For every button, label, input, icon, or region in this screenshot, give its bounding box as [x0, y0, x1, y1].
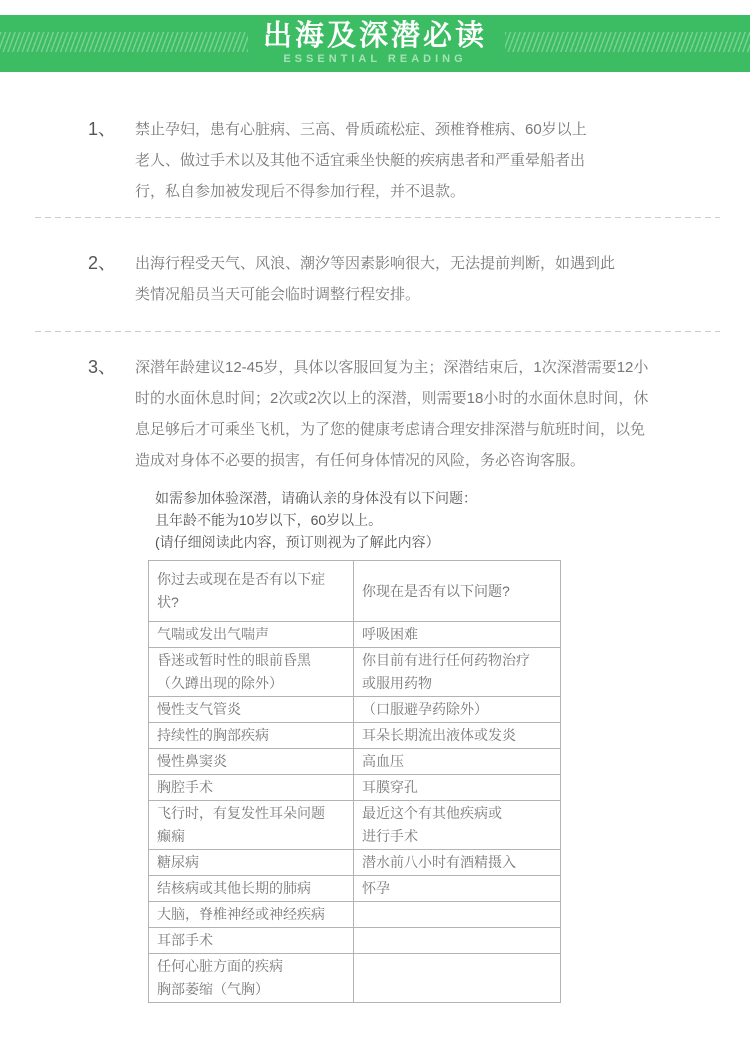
notice-number-2: 2、: [88, 248, 135, 279]
questions-column-header: 你现在是否有以下问题?: [354, 561, 561, 622]
health-check-section: 如需参加体验深潜，请确认亲的身体没有以下问题： 且年龄不能为10岁以下，60岁以…: [0, 487, 750, 1003]
header-banner: 出海及深潜必读 ESSENTIAL READING: [0, 15, 750, 72]
table-row: 昏迷或暂时性的眼前昏黑 （久蹲出现的除外） 你目前有进行任何药物治疗 或服用药物: [149, 648, 561, 697]
dashed-divider-1: [35, 217, 720, 218]
symptom-cell: 大脑，脊椎神经或神经疾病: [149, 902, 354, 928]
table-row: 耳部手术: [149, 928, 561, 954]
intro-line-2: 且年龄不能为10岁以下，60岁以上。: [155, 509, 750, 531]
table-header-row: 你过去或现在是否有以下症状? 你现在是否有以下问题?: [149, 561, 561, 622]
question-cell: [354, 902, 561, 928]
question-cell: （口服避孕药除外）: [354, 697, 561, 723]
question-cell: 呼吸困难: [354, 622, 561, 648]
table-row: 慢性鼻窦炎 高血压: [149, 749, 561, 775]
table-row: 结核病或其他长期的肺病 怀孕: [149, 876, 561, 902]
symptoms-column-header: 你过去或现在是否有以下症状?: [149, 561, 354, 622]
health-condition-table: 你过去或现在是否有以下症状? 你现在是否有以下问题? 气喘或发出气喘声 呼吸困难…: [148, 560, 561, 1003]
table-row: 任何心脏方面的疾病 胸部萎缩（气胸）: [149, 954, 561, 1003]
symptom-cell: 慢性鼻窦炎: [149, 749, 354, 775]
health-check-intro: 如需参加体验深潜，请确认亲的身体没有以下问题： 且年龄不能为10岁以下，60岁以…: [155, 487, 750, 553]
table-row: 慢性支气管炎 （口服避孕药除外）: [149, 697, 561, 723]
symptom-cell: 飞行时，有复发性耳朵问题 癫痫: [149, 801, 354, 850]
notice-text-1: 禁止孕妇，患有心脏病、三高、骨质疏松症、颈椎脊椎病、60岁以上 老人、做过手术以…: [135, 114, 650, 207]
page: 出海及深潜必读 ESSENTIAL READING 1、 禁止孕妇，患有心脏病、…: [0, 15, 750, 1003]
question-cell: 潜水前八小时有酒精摄入: [354, 850, 561, 876]
notice-number-3: 3、: [88, 352, 135, 383]
symptom-cell: 结核病或其他长期的肺病: [149, 876, 354, 902]
intro-line-3: (请仔细阅读此内容，预订则视为了解此内容）: [155, 531, 750, 553]
symptom-cell: 持续性的胸部疾病: [149, 723, 354, 749]
symptom-cell: 气喘或发出气喘声: [149, 622, 354, 648]
notice-item-3: 3、 深潜年龄建议12-45岁，具体以客服回复为主；深潜结束后，1次深潜需要12…: [0, 352, 750, 476]
table-row: 气喘或发出气喘声 呼吸困难: [149, 622, 561, 648]
table-row: 胸腔手术 耳膜穿孔: [149, 775, 561, 801]
table-row: 持续性的胸部疾病 耳朵长期流出液体或发炎: [149, 723, 561, 749]
intro-line-1: 如需参加体验深潜，请确认亲的身体没有以下问题：: [155, 487, 750, 509]
table-row: 糖尿病 潜水前八小时有酒精摄入: [149, 850, 561, 876]
symptom-cell: 昏迷或暂时性的眼前昏黑 （久蹲出现的除外）: [149, 648, 354, 697]
symptom-cell: 糖尿病: [149, 850, 354, 876]
symptom-cell: 任何心脏方面的疾病 胸部萎缩（气胸）: [149, 954, 354, 1003]
notice-item-2: 2、 出海行程受天气、风浪、潮汐等因素影响很大，无法提前判断，如遇到此 类情况船…: [0, 248, 750, 310]
symptom-cell: 耳部手术: [149, 928, 354, 954]
question-cell: 高血压: [354, 749, 561, 775]
hatch-pattern-left-icon: [0, 32, 248, 52]
notice-text-3: 深潜年龄建议12-45岁，具体以客服回复为主；深潜结束后，1次深潜需要12小 时…: [135, 352, 650, 476]
notices-section: 1、 禁止孕妇，患有心脏病、三高、骨质疏松症、颈椎脊椎病、60岁以上 老人、做过…: [0, 114, 750, 476]
page-subtitle: ESSENTIAL READING: [0, 52, 750, 67]
question-cell: [354, 928, 561, 954]
question-cell: 最近这个有其他疾病或 进行手术: [354, 801, 561, 850]
question-cell: 怀孕: [354, 876, 561, 902]
symptom-cell: 慢性支气管炎: [149, 697, 354, 723]
dashed-divider-2: [35, 331, 720, 332]
table-row: 飞行时，有复发性耳朵问题 癫痫 最近这个有其他疾病或 进行手术: [149, 801, 561, 850]
question-cell: [354, 954, 561, 1003]
question-cell: 耳膜穿孔: [354, 775, 561, 801]
question-cell: 耳朵长期流出液体或发炎: [354, 723, 561, 749]
notice-item-1: 1、 禁止孕妇，患有心脏病、三高、骨质疏松症、颈椎脊椎病、60岁以上 老人、做过…: [0, 114, 750, 207]
table-row: 大脑，脊椎神经或神经疾病: [149, 902, 561, 928]
notice-text-2: 出海行程受天气、风浪、潮汐等因素影响很大，无法提前判断，如遇到此 类情况船员当天…: [135, 248, 650, 310]
symptom-cell: 胸腔手术: [149, 775, 354, 801]
hatch-pattern-right-icon: [505, 32, 750, 52]
notice-number-1: 1、: [88, 114, 135, 145]
question-cell: 你目前有进行任何药物治疗 或服用药物: [354, 648, 561, 697]
